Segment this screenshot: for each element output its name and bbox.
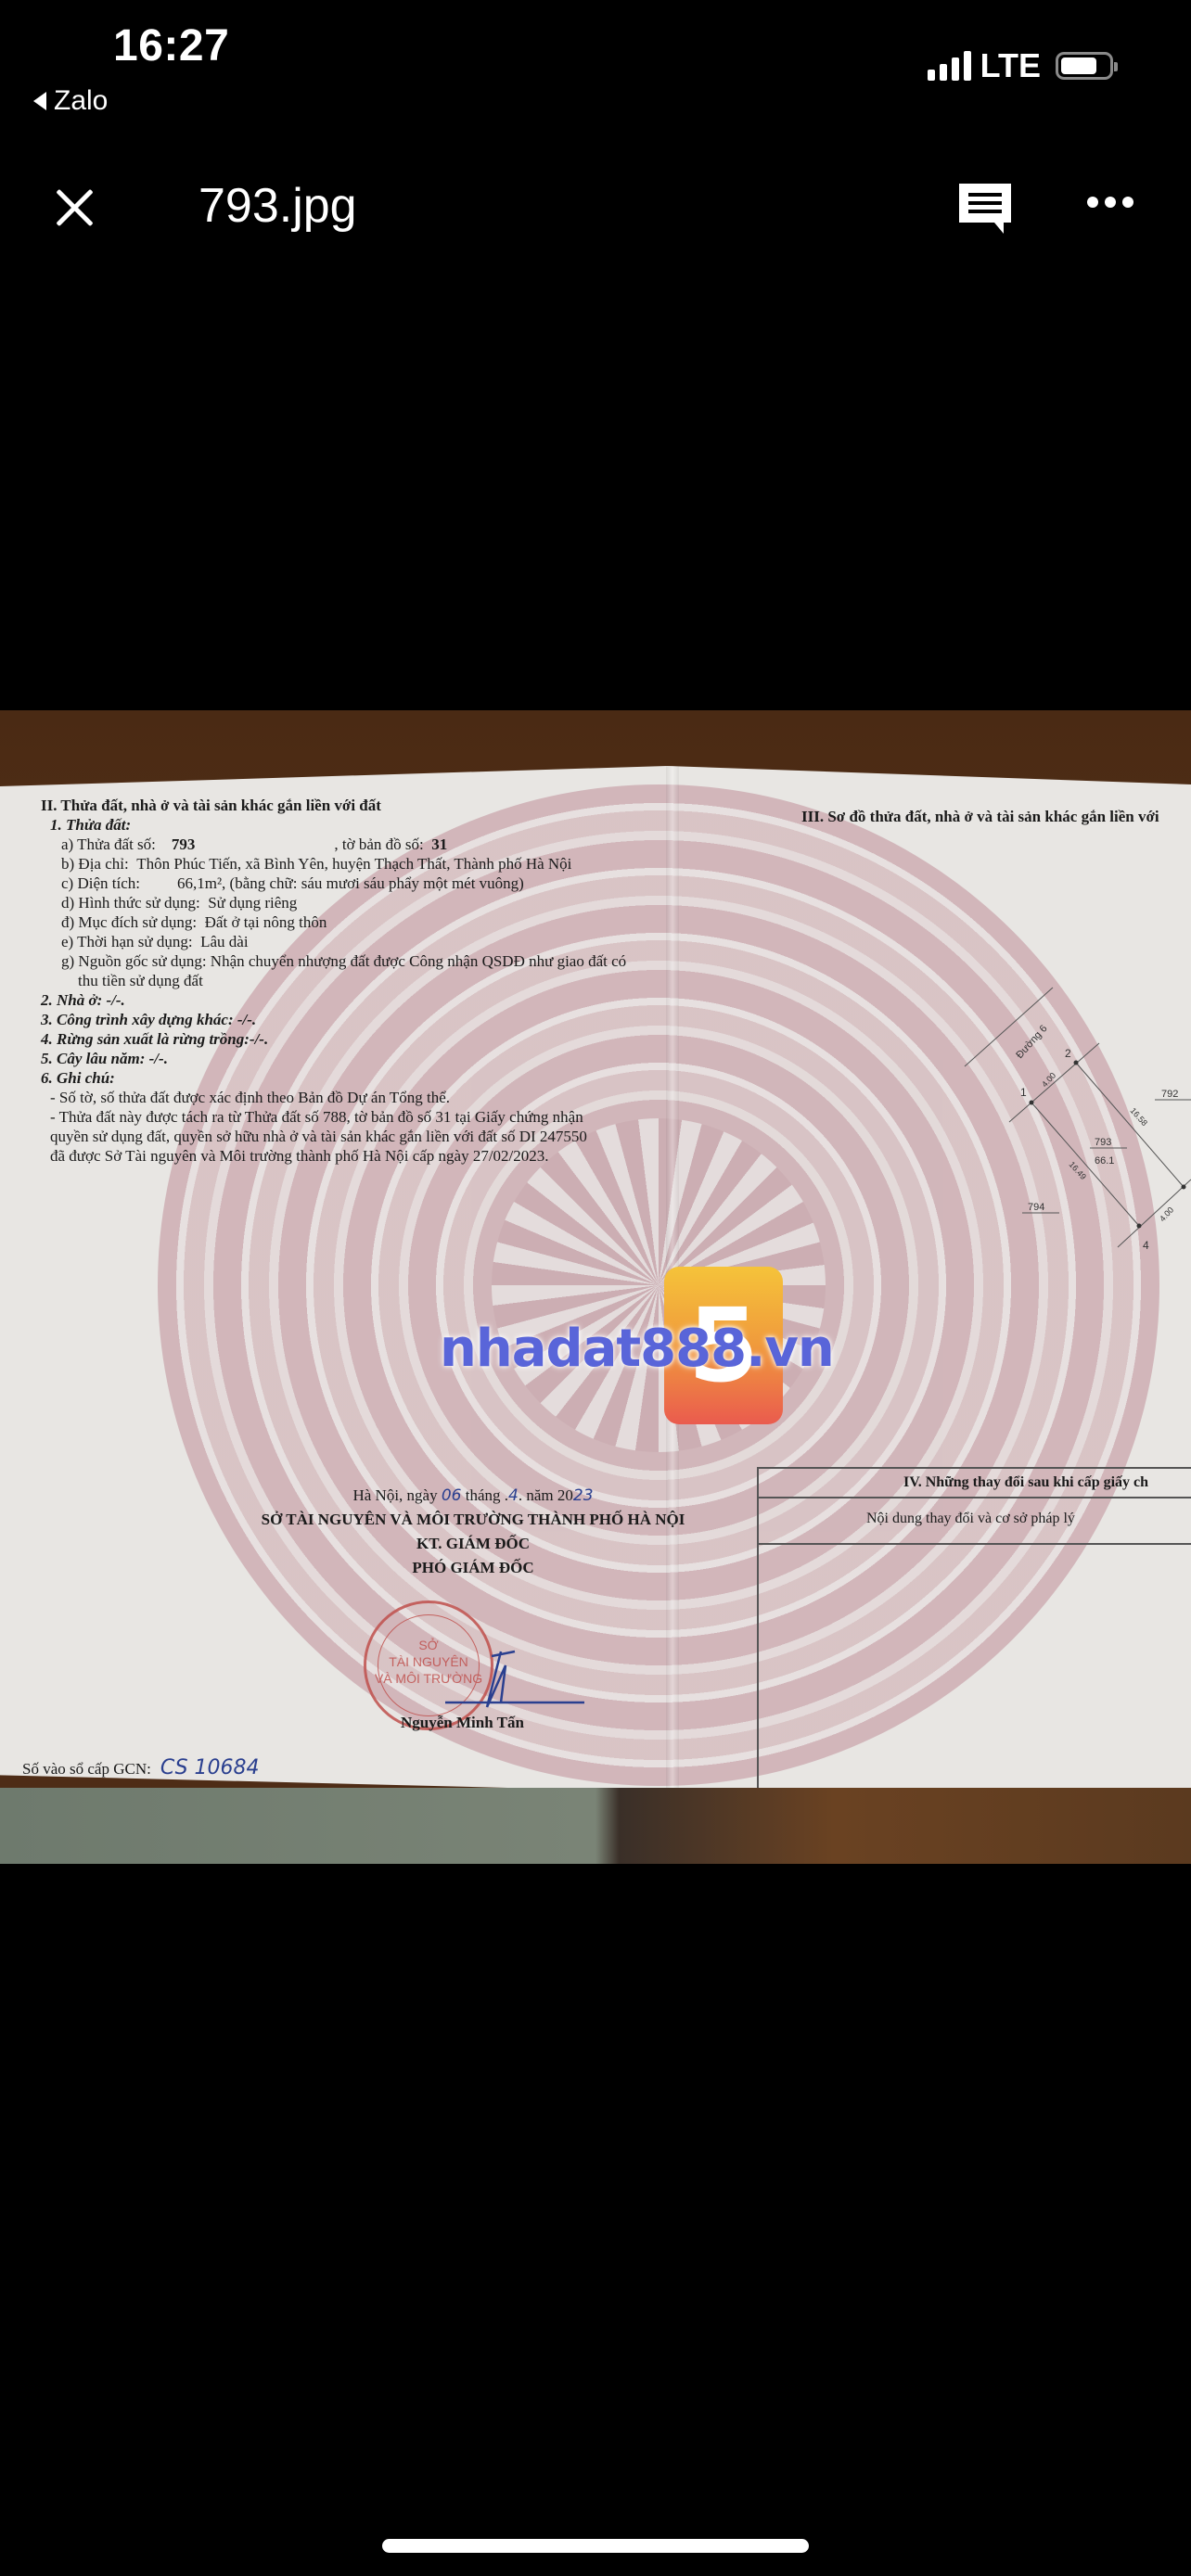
- svg-text:4: 4: [1143, 1239, 1149, 1252]
- perennial-row: 5. Cây lâu năm: -/-.: [41, 1049, 690, 1068]
- notes-heading: 6. Ghi chú:: [41, 1068, 690, 1088]
- svg-text:794: 794: [1028, 1202, 1044, 1213]
- area-row: c) Diện tích:66,1m², (bằng chữ: sáu mươi…: [41, 874, 690, 893]
- battery-icon: [1056, 52, 1113, 80]
- section3-title: III. Sơ đồ thửa đất, nhà ở và tài sản kh…: [801, 807, 1159, 826]
- table-surface: [0, 1788, 1191, 1864]
- svg-text:1: 1: [1020, 1086, 1027, 1099]
- section4-column-header: Nội dung thay đổi và cơ sở pháp lý: [759, 1498, 1191, 1545]
- note-2-line-2: quyền sử dụng đất, quyền sở hữu nhà ở và…: [41, 1127, 690, 1146]
- kt-director: KT. GIÁM ĐỐC: [213, 1532, 733, 1556]
- purpose-row: đ) Mục đích sử dụng: Đất ở tại nông thôn: [41, 912, 690, 932]
- signature-scribble: [436, 1638, 594, 1721]
- section-ii: II. Thửa đất, nhà ở và tài sản khác gắn …: [41, 796, 690, 1166]
- parcel-row: a) Thửa đất số: 793, tờ bản đồ số: 31: [41, 835, 690, 854]
- parcel-diagram: Đường 6 2 1 4 4.00 16.58 16.49 4.00 793 …: [946, 983, 1191, 1261]
- cellular-signal-icon: [928, 51, 971, 81]
- forest-row: 4. Rừng sản xuất là rừng trồng:-/-.: [41, 1029, 690, 1049]
- certificate-paper: II. Thửa đất, nhà ở và tài sản khác gắn …: [0, 766, 1191, 1806]
- status-indicators: LTE: [928, 46, 1113, 85]
- back-triangle-icon: [33, 92, 46, 110]
- document-photo[interactable]: II. Thửa đất, nhà ở và tài sản khác gắn …: [0, 710, 1191, 1864]
- network-type: LTE: [980, 46, 1041, 85]
- issuer-name: SỞ TÀI NGUYÊN VÀ MÔI TRƯỜNG THÀNH PHỐ HÀ…: [213, 1508, 733, 1532]
- address-row: b) Địa chỉ: Thôn Phúc Tiến, xã Bình Yên,…: [41, 854, 690, 874]
- deputy-director: PHÓ GIÁM ĐỐC: [213, 1556, 733, 1580]
- svg-text:4.00: 4.00: [1040, 1071, 1057, 1090]
- comment-icon[interactable]: [955, 180, 1015, 237]
- use-form-row: d) Hình thức sử dụng: Sử dụng riêng: [41, 893, 690, 912]
- status-time: 16:27: [113, 20, 229, 71]
- issue-date: Hà Nội, ngày 06 tháng .4. năm 2023: [213, 1484, 733, 1508]
- signature-block: Hà Nội, ngày 06 tháng .4. năm 2023 SỞ TÀ…: [213, 1484, 733, 1580]
- section-iv-table: IV. Những thay đổi sau khi cấp giấy ch N…: [757, 1467, 1191, 1795]
- gcn-register: Số vào sổ cấp GCN:CS 10684: [22, 1756, 260, 1779]
- home-indicator[interactable]: [382, 2539, 809, 2553]
- close-icon[interactable]: [52, 184, 98, 230]
- parcel-number: 793: [172, 835, 196, 853]
- svg-text:792: 792: [1161, 1089, 1178, 1100]
- svg-text:2: 2: [1065, 1047, 1071, 1060]
- note-1: - Số tờ, số thửa đất được xác định theo …: [41, 1088, 690, 1107]
- signer-name: Nguyễn Minh Tấn: [401, 1714, 524, 1732]
- svg-text:Đường 6: Đường 6: [1014, 1023, 1049, 1061]
- back-app-label: Zalo: [54, 85, 108, 117]
- back-to-app-button[interactable]: Zalo: [33, 85, 108, 117]
- more-horizontal-icon[interactable]: [1087, 197, 1133, 208]
- map-sheet-number: 31: [431, 835, 447, 853]
- construction-row: 3. Công trình xây dựng khác: -/-.: [41, 1010, 690, 1029]
- origin-row: g) Nguồn gốc sử dụng: Nhận chuyển nhượng…: [41, 951, 690, 971]
- svg-text:16.49: 16.49: [1068, 1160, 1089, 1181]
- section4-title: IV. Những thay đổi sau khi cấp giấy ch: [759, 1469, 1191, 1498]
- gcn-number: CS 10684: [160, 1756, 260, 1779]
- section2-title: II. Thửa đất, nhà ở và tài sản khác gắn …: [41, 796, 690, 815]
- note-2-line-3: đã được Sở Tài nguyên và Môi trường thàn…: [41, 1146, 690, 1166]
- origin-cont: thu tiền sử dụng đất: [41, 971, 690, 990]
- svg-text:793: 793: [1095, 1137, 1111, 1148]
- svg-text:16.58: 16.58: [1129, 1106, 1150, 1128]
- file-name-title: 793.jpg: [198, 178, 357, 234]
- watermark-text: nhadat888.vn: [440, 1319, 834, 1379]
- svg-text:66.1: 66.1: [1095, 1155, 1114, 1167]
- note-2-line-1: - Thửa đất này được tách ra từ Thửa đất …: [41, 1107, 690, 1127]
- land-heading: 1. Thửa đất:: [41, 815, 690, 835]
- term-row: e) Thời hạn sử dụng: Lâu dài: [41, 932, 690, 951]
- house-row: 2. Nhà ở: -/-.: [41, 990, 690, 1010]
